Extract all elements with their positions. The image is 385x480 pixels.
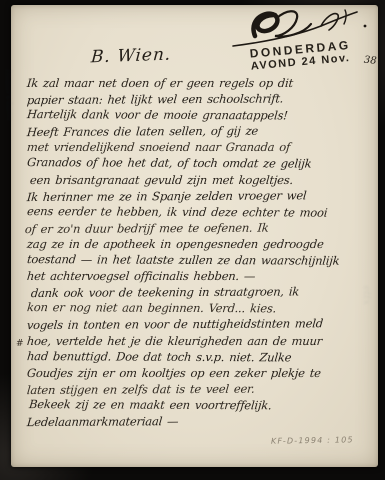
- body-line: Ik herinner me ze in Spanje zelden vroeg…: [26, 187, 379, 205]
- body-line: Bekeek zij ze en maakt een voortreffelij…: [28, 396, 379, 414]
- body-line: eens eerder te hebben, ik vind deze echt…: [26, 203, 379, 221]
- body-line: toestand — in het laatste zullen ze dan …: [26, 251, 379, 269]
- body-line: zag ze in de apotheek in opengesneden ge…: [26, 236, 379, 252]
- body-line: of er zo'n duur bedrijf mee te oefenen. …: [24, 219, 379, 237]
- body-line: vogels in tonten en voor de nuttigheidst…: [26, 315, 379, 333]
- body-line: Ledelaanmarkmateriaal —: [26, 412, 379, 430]
- body-line: een brisantgranaat gevuld zijn met kogel…: [29, 172, 379, 188]
- body-line: met vriendelijkend snoeiend naar Granada…: [26, 139, 379, 155]
- salutation: B. Wien.: [90, 45, 172, 68]
- body-line: het achtervoegsel officinalis hebben. —: [26, 268, 379, 284]
- body-line: Heeft Frances die laten sellen, of gij z…: [26, 122, 379, 140]
- body-line: laten stijgen en zelfs dat is te veel ee…: [26, 380, 379, 398]
- letter-body: Ik zal maar net doen of er geen regels o…: [27, 75, 379, 429]
- date-year: 38: [363, 55, 377, 67]
- margin-hash-mark: #: [16, 339, 24, 349]
- body-line: Goudjes zijn er om kooltjes op een zeker…: [26, 365, 379, 381]
- body-line: Granados of hoe het dat, of toch omdat z…: [26, 155, 379, 173]
- body-line: Ik zal maar net doen of er geen regels o…: [26, 75, 379, 91]
- body-line: had benuttigd. Doe dat toch s.v.p. niet.…: [26, 348, 379, 366]
- letter-paper: lnaaretam ettx DONDERDAG AVOND 24 Nov. 3…: [11, 5, 378, 467]
- catalog-number: KF-D-1994 : 105: [271, 435, 354, 445]
- body-line: hoe, vertelde het je die kleurigheden aa…: [26, 333, 379, 349]
